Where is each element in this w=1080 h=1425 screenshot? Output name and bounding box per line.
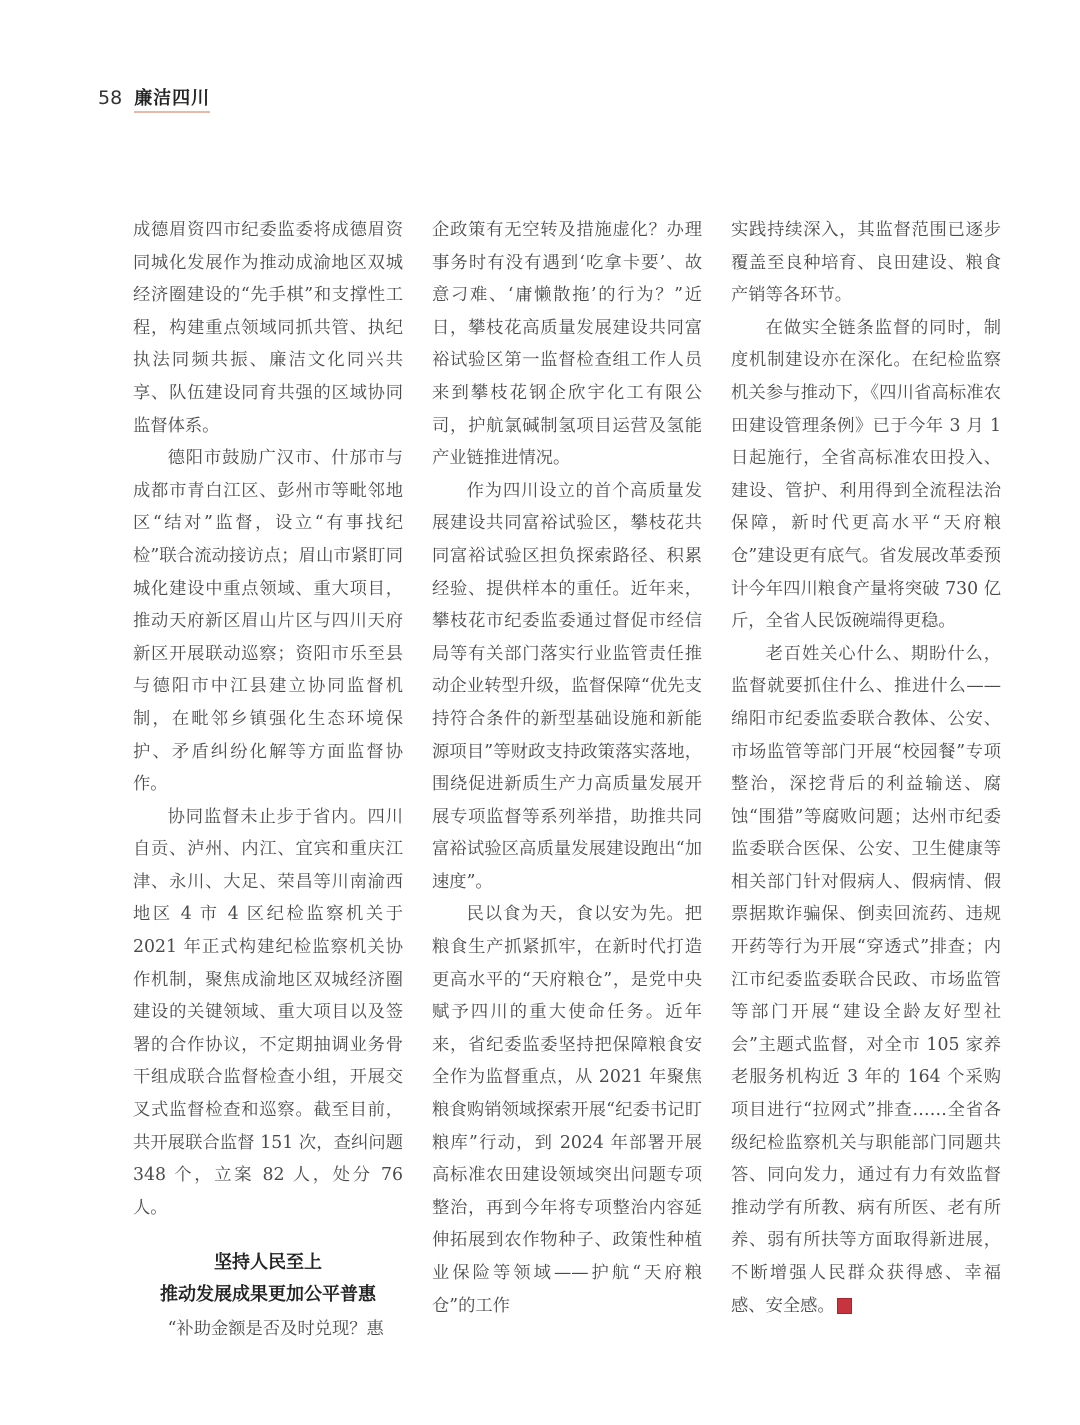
article-end-mark-icon: D xyxy=(837,1298,852,1314)
article-column-3: 实践持续深入，其监督范围已逐步覆盖至良种培育、良田建设、粮食产销等各环节。 在做… xyxy=(731,214,1001,1322)
paragraph: 协同监督未止步于省内。四川自贡、泸州、内江、宜宾和重庆江津、永川、大足、荣昌等川… xyxy=(133,801,403,1225)
paragraph: 作为四川设立的首个高质量发展建设共同富裕试验区，攀枝花共同富裕试验区担负探索路径… xyxy=(432,475,702,899)
page-header: 58 廉洁四川 xyxy=(98,84,210,113)
paragraph: “补助金额是否及时兑现？惠 xyxy=(133,1313,403,1346)
section-heading-line-1: 坚持人民至上 xyxy=(133,1247,403,1279)
paragraph: 实践持续深入，其监督范围已逐步覆盖至良种培育、良田建设、粮食产销等各环节。 xyxy=(731,214,1001,312)
magazine-title: 廉洁四川 xyxy=(134,84,210,113)
paragraph-text: 老百姓关心什么、期盼什么，监督就要抓住什么、推进什么——绵阳市纪委监委联合教体、… xyxy=(731,644,1001,1316)
paragraph: 企政策有无空转及措施虚化？办理事务时有没有遇到‘吃拿卡要’、故意刁难、‘庸懒散拖… xyxy=(432,214,702,475)
paragraph: 老百姓关心什么、期盼什么，监督就要抓住什么、推进什么——绵阳市纪委监委联合教体、… xyxy=(731,638,1001,1322)
article-column-1: 成德眉资四市纪委监委将成德眉资同城化发展作为推动成渝地区双城经济圈建设的“先手棋… xyxy=(133,214,403,1346)
article-column-2: 企政策有无空转及措施虚化？办理事务时有没有遇到‘吃拿卡要’、故意刁难、‘庸懒散拖… xyxy=(432,214,702,1322)
page-number: 58 xyxy=(98,87,122,109)
paragraph: 成德眉资四市纪委监委将成德眉资同城化发展作为推动成渝地区双城经济圈建设的“先手棋… xyxy=(133,214,403,442)
section-heading: 坚持人民至上 推动发展成果更加公平普惠 xyxy=(133,1247,403,1311)
paragraph: 德阳市鼓励广汉市、什邡市与成都市青白江区、彭州市等毗邻地区“结对”监督，设立“有… xyxy=(133,442,403,801)
paragraph: 民以食为天，食以安为先。把粮食生产抓紧抓牢，在新时代打造更高水平的“天府粮仓”，… xyxy=(432,898,702,1322)
paragraph: 在做实全链条监督的同时，制度机制建设亦在深化。在纪检监察机关参与推动下，《四川省… xyxy=(731,312,1001,638)
section-heading-line-2: 推动发展成果更加公平普惠 xyxy=(133,1279,403,1311)
